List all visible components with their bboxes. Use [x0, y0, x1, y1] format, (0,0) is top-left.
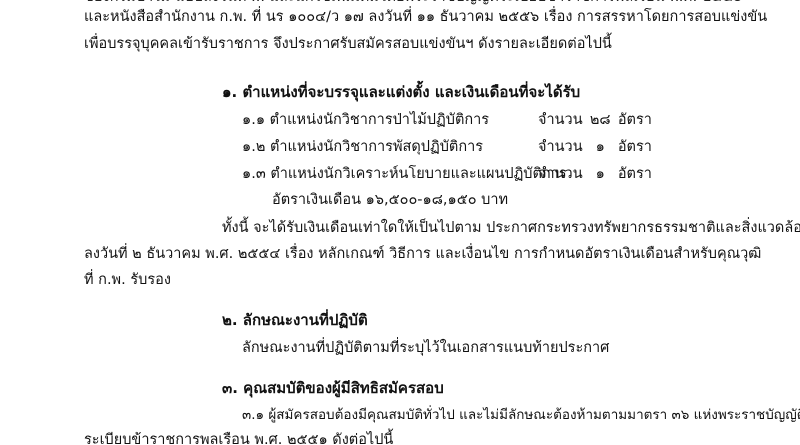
section-3-heading: ๓. คุณสมบัติของผู้มีสิทธิสมัครสอบ: [222, 378, 444, 398]
salary-range: อัตราเงินเดือน ๑๖,๕๐๐-๑๘,๑๕๐ บาท: [272, 190, 508, 210]
intro-line-2: เพื่อบรรจุบุคคลเข้ารับราชการ จึงประกาศรั…: [84, 34, 612, 54]
position-2-count: จำนวน ๑ อัตรา: [538, 137, 652, 157]
section-3-item-1-line-1: ๓.๑ ผู้สมัครสอบต้องมีคุณสมบัติทั่วไป และ…: [242, 405, 800, 425]
section-2-body: ลักษณะงานที่ปฏิบัติตามที่ระบุไว้ในเอกสาร…: [242, 338, 609, 358]
position-1-label: ๑.๑ ตำแหน่งนักวิชาการป่าไม้ปฏิบัติการ: [242, 110, 489, 130]
position-2-label: ๑.๒ ตำแหน่งนักวิชาการพัสดุปฏิบัติการ: [242, 137, 483, 157]
salary-note-line-1: ทั้งนี้ จะได้รับเงินเดือนเท่าใดให้เป็นไป…: [222, 218, 800, 238]
section-2-heading: ๒. ลักษณะงานที่ปฏิบัติ: [222, 310, 368, 330]
position-3-label: ๑.๓ ตำแหน่งนักวิเคราะห์นโยบายและแผนปฏิบั…: [242, 164, 567, 184]
position-1-count: จำนวน ๒๘ อัตรา: [538, 110, 652, 130]
intro-line-partial: ของกรมป่าไม้ ฉบับลงวันที่ ... และแก้ไขเพ…: [84, 0, 743, 7]
section-1-heading: ๑. ตำแหน่งที่จะบรรจุและแต่งตั้ง และเงินเ…: [222, 82, 580, 102]
section-3-item-1-line-2: ระเบียบข้าราชการพลเรือน พ.ศ. ๒๕๕๑ ดังต่อ…: [84, 430, 393, 445]
salary-note-line-3: ที่ ก.พ. รับรอง: [84, 270, 171, 290]
intro-line-1: และหนังสือสำนักงาน ก.พ. ที่ นร ๑๐๐๔/ว ๑๗…: [84, 7, 767, 27]
position-3-count: จำนวน ๑ อัตรา: [538, 164, 652, 184]
salary-note-line-2: ลงวันที่ ๒ ธันวาคม พ.ศ. ๒๕๕๔ เรื่อง หลัก…: [84, 244, 761, 264]
